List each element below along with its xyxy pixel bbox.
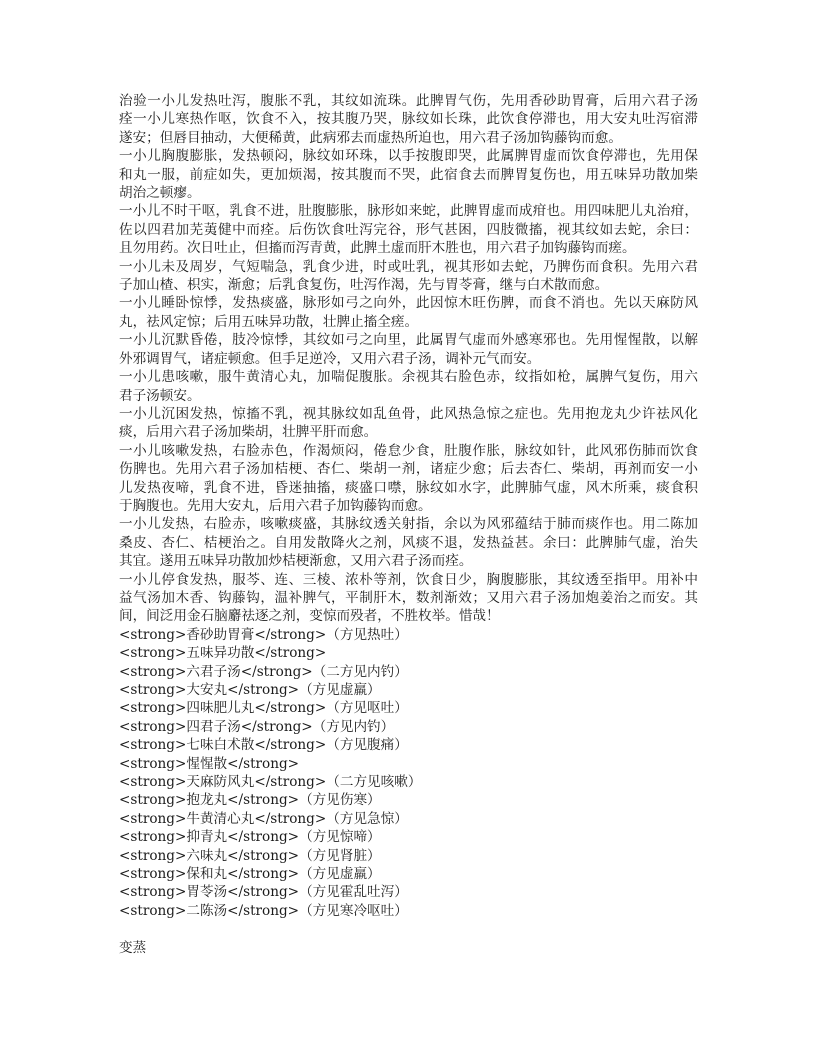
formula-reference-list: <strong>香砂助胃膏</strong>（方见热吐）<strong>五味异功…	[119, 626, 698, 921]
formula-line: <strong>五味异功散</strong>	[119, 644, 698, 662]
case-text-line: 其宜。遂用五味异功散加炒桔梗渐愈，又用六君子汤而痊。	[119, 552, 698, 570]
document-content: 治验一小儿发热吐泻，腹胀不乳，其纹如流珠。此脾胃气伤，先用香砂助胃膏，后用六君子…	[119, 92, 698, 957]
case-text-line: 益气汤加木香、钩藤钩，温补脾气，平制肝木，数剂渐效；又用六君子汤加炮姜治之而安。…	[119, 589, 698, 607]
formula-line: <strong>六君子汤</strong>（二方见内钓）	[119, 663, 698, 681]
case-records-section: 治验一小儿发热吐泻，腹胀不乳，其纹如流珠。此脾胃气伤，先用香砂助胃膏，后用六君子…	[119, 92, 698, 626]
formula-line: <strong>惺惺散</strong>	[119, 755, 698, 773]
case-text-line: 丸，祛风定惊；后用五味异功散，壮脾止搐全瘥。	[119, 313, 698, 331]
formula-line: <strong>抑青丸</strong>（方见惊啼）	[119, 828, 698, 846]
case-text-line: 一小儿沉默昏倦，肢冷惊悸，其纹如弓之向里，此属胃气虚而外感寒邪也。先用惺惺散，以…	[119, 331, 698, 349]
case-text-line: 一小儿咳嗽发热，右脸赤色，作渴烦闷，倦怠少食，肚腹作胀，脉纹如针，此风邪伤肺而饮…	[119, 442, 698, 460]
case-text-line: 一小儿发热，右脸赤，咳嗽痰盛，其脉纹透关射指，余以为风邪蕴结于肺而痰作也。用二陈…	[119, 515, 698, 533]
case-text-line: 佐以四君加芜荑健中而痊。后伤饮食吐泻完谷，形气甚困，四肢微搐，视其纹如去蛇，余曰…	[119, 221, 698, 239]
case-text-line: 一小儿患咳嗽，服牛黄清心丸，加喘促腹胀。余视其右脸色赤，纹指如枪，属脾气复伤，用…	[119, 368, 698, 386]
case-text-line: 痊一小儿寒热作呕，饮食不入，按其腹乃哭，脉纹如长珠，此饮食停滞也，用大安丸吐泻宿…	[119, 110, 698, 128]
case-text-line: 和丸一服，前症如失，更加烦渴，按其腹而不哭，此宿食去而脾胃复伤也，用五味异功散加…	[119, 166, 698, 184]
case-text-line: 于胸腹也。先用大安丸，后用六君子加钩藤钩而愈。	[119, 497, 698, 515]
next-section-heading: 变蒸	[119, 939, 698, 957]
case-text-line: 一小儿不时干呕，乳食不进，肚腹膨胀，脉形如来蛇，此脾胃虚而成疳也。用四味肥儿丸治…	[119, 202, 698, 220]
formula-line: <strong>七味白术散</strong>（方见腹痛）	[119, 736, 698, 754]
case-text-line: 一小儿沉困发热，惊搐不乳，视其脉纹如乱鱼骨，此风热急惊之症也。先用抱龙丸少许祛风…	[119, 405, 698, 423]
formula-line: <strong>二陈汤</strong>（方见寒冷呕吐）	[119, 902, 698, 920]
case-text-line: 且勿用药。次日吐止，但搐而泻青黄，此脾土虚而肝木胜也，用六君子加钩藤钩而瘥。	[119, 239, 698, 257]
document-page: 治验一小儿发热吐泻，腹胀不乳，其纹如流珠。此脾胃气伤，先用香砂助胃膏，后用六君子…	[0, 0, 816, 1056]
case-text-line: 治验一小儿发热吐泻，腹胀不乳，其纹如流珠。此脾胃气伤，先用香砂助胃膏，后用六君子…	[119, 92, 698, 110]
case-text-line: 一小儿睡卧惊悸，发热痰盛，脉形如弓之向外，此因惊木旺伤脾，而食不消也。先以天麻防…	[119, 294, 698, 312]
case-text-line: 儿发热夜啼，乳食不进，昏迷抽搐，痰盛口噤，脉纹如水字，此脾肺气虚，风木所乘，痰食…	[119, 479, 698, 497]
case-text-line: 间，间泛用金石脑麝祛逐之剂，变惊而殁者，不胜枚举。惜哉！	[119, 607, 698, 625]
formula-line: <strong>牛黄清心丸</strong>（方见急惊）	[119, 810, 698, 828]
case-text-line: 遂安；但唇目抽动，大便稀黄，此病邪去而虚热所迫也，用六君子汤加钩藤钩而愈。	[119, 129, 698, 147]
formula-line: <strong>四君子汤</strong>（方见内钓）	[119, 718, 698, 736]
formula-line: <strong>胃苓汤</strong>（方见霍乱吐泻）	[119, 883, 698, 901]
blank-line-separator	[119, 920, 698, 938]
formula-line: <strong>保和丸</strong>（方见虚羸）	[119, 865, 698, 883]
formula-line: <strong>四味肥儿丸</strong>（方见呕吐）	[119, 699, 698, 717]
case-text-line: 外邪调胃气，诸症顿愈。但手足逆冷，又用六君子汤，调补元气而安。	[119, 350, 698, 368]
formula-line: <strong>香砂助胃膏</strong>（方见热吐）	[119, 626, 698, 644]
case-text-line: 伤脾也。先用六君子汤加桔梗、杏仁、柴胡一剂，诸症少愈；后去杏仁、柴胡，再剂而安一…	[119, 460, 698, 478]
case-text-line: 痰，后用六君子汤加柴胡，壮脾平肝而愈。	[119, 423, 698, 441]
case-text-line: 一小儿胸腹膨胀，发热顿闷，脉纹如环珠，以手按腹即哭，此属脾胃虚而饮食停滞也，先用…	[119, 147, 698, 165]
case-text-line: 胡治之顿瘳。	[119, 184, 698, 202]
formula-line: <strong>天麻防风丸</strong>（二方见咳嗽）	[119, 773, 698, 791]
formula-line: <strong>大安丸</strong>（方见虚羸）	[119, 681, 698, 699]
case-text-line: 桑皮、杏仁、桔梗治之。自用发散降火之剂，风痰不退，发热益甚。余曰：此脾肺气虚，治…	[119, 534, 698, 552]
formula-line: <strong>六味丸</strong>（方见肾脏）	[119, 847, 698, 865]
case-text-line: 子加山楂、枳实，渐愈；后乳食复伤，吐泻作渴，先与胃苓膏，继与白术散而愈。	[119, 276, 698, 294]
case-text-line: 一小儿未及周岁，气短喘急，乳食少进，时或吐乳，视其形如去蛇，乃脾伤而食积。先用六…	[119, 258, 698, 276]
case-text-line: 君子汤顿安。	[119, 387, 698, 405]
formula-line: <strong>抱龙丸</strong>（方见伤寒）	[119, 791, 698, 809]
case-text-line: 一小儿停食发热，服芩、连、三棱、浓朴等剂，饮食日少，胸腹膨胀，其纹透至指甲。用补…	[119, 571, 698, 589]
